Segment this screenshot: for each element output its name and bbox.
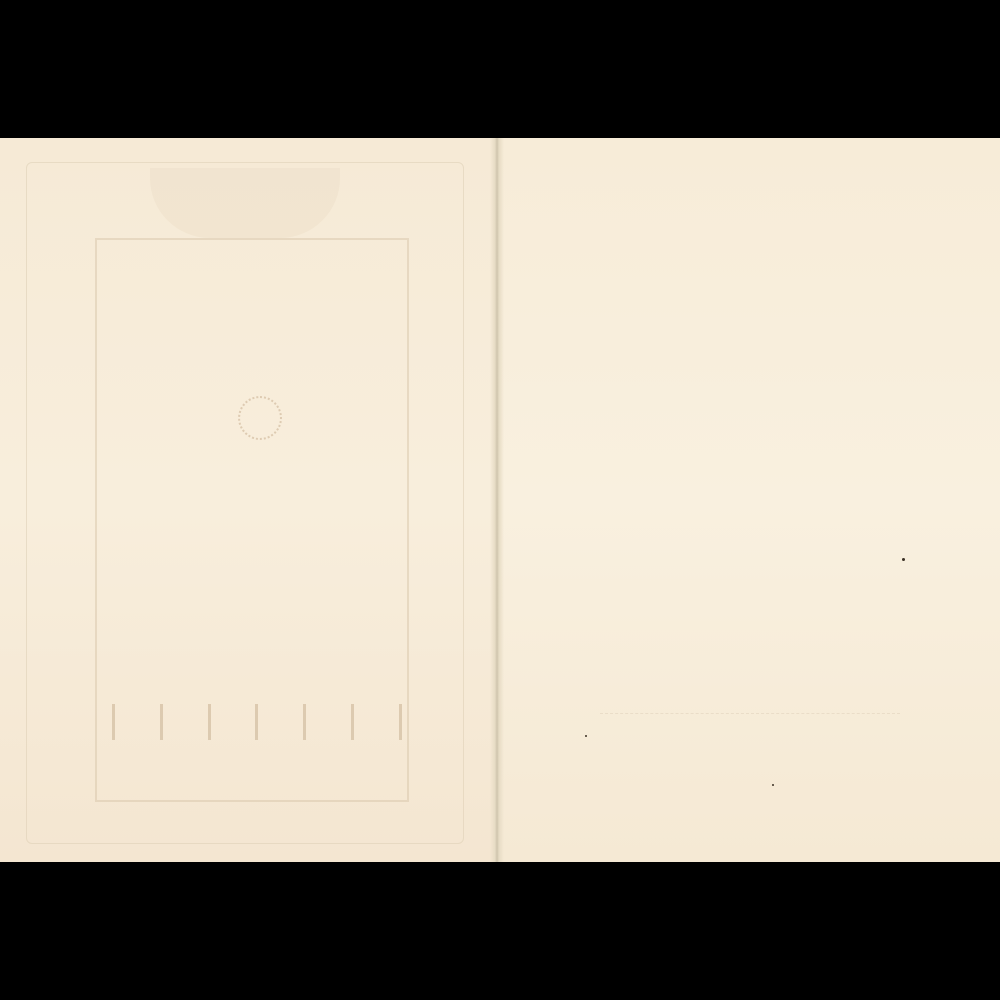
paper-speck bbox=[902, 558, 905, 561]
left-panel bbox=[0, 138, 496, 862]
faint-impression bbox=[600, 713, 900, 734]
embossed-rosette-icon bbox=[238, 396, 282, 440]
paper-speck bbox=[772, 784, 774, 786]
embossed-letter-stroke bbox=[255, 704, 258, 740]
embossed-letter-stroke bbox=[160, 704, 163, 740]
bottom-black-margin bbox=[0, 862, 1000, 1000]
top-black-margin bbox=[0, 0, 1000, 138]
embossed-letter-stroke bbox=[351, 704, 354, 740]
embossed-letter-stroke bbox=[303, 704, 306, 740]
right-panel bbox=[498, 138, 1000, 862]
embossed-letters bbox=[112, 704, 402, 740]
paper-speck bbox=[585, 735, 587, 737]
center-fold bbox=[490, 138, 504, 862]
folded-card bbox=[0, 138, 1000, 862]
embossed-top-ornament bbox=[150, 168, 340, 238]
embossed-letter-stroke bbox=[112, 704, 115, 740]
embossed-letter-stroke bbox=[208, 704, 211, 740]
embossed-letter-stroke bbox=[399, 704, 402, 740]
